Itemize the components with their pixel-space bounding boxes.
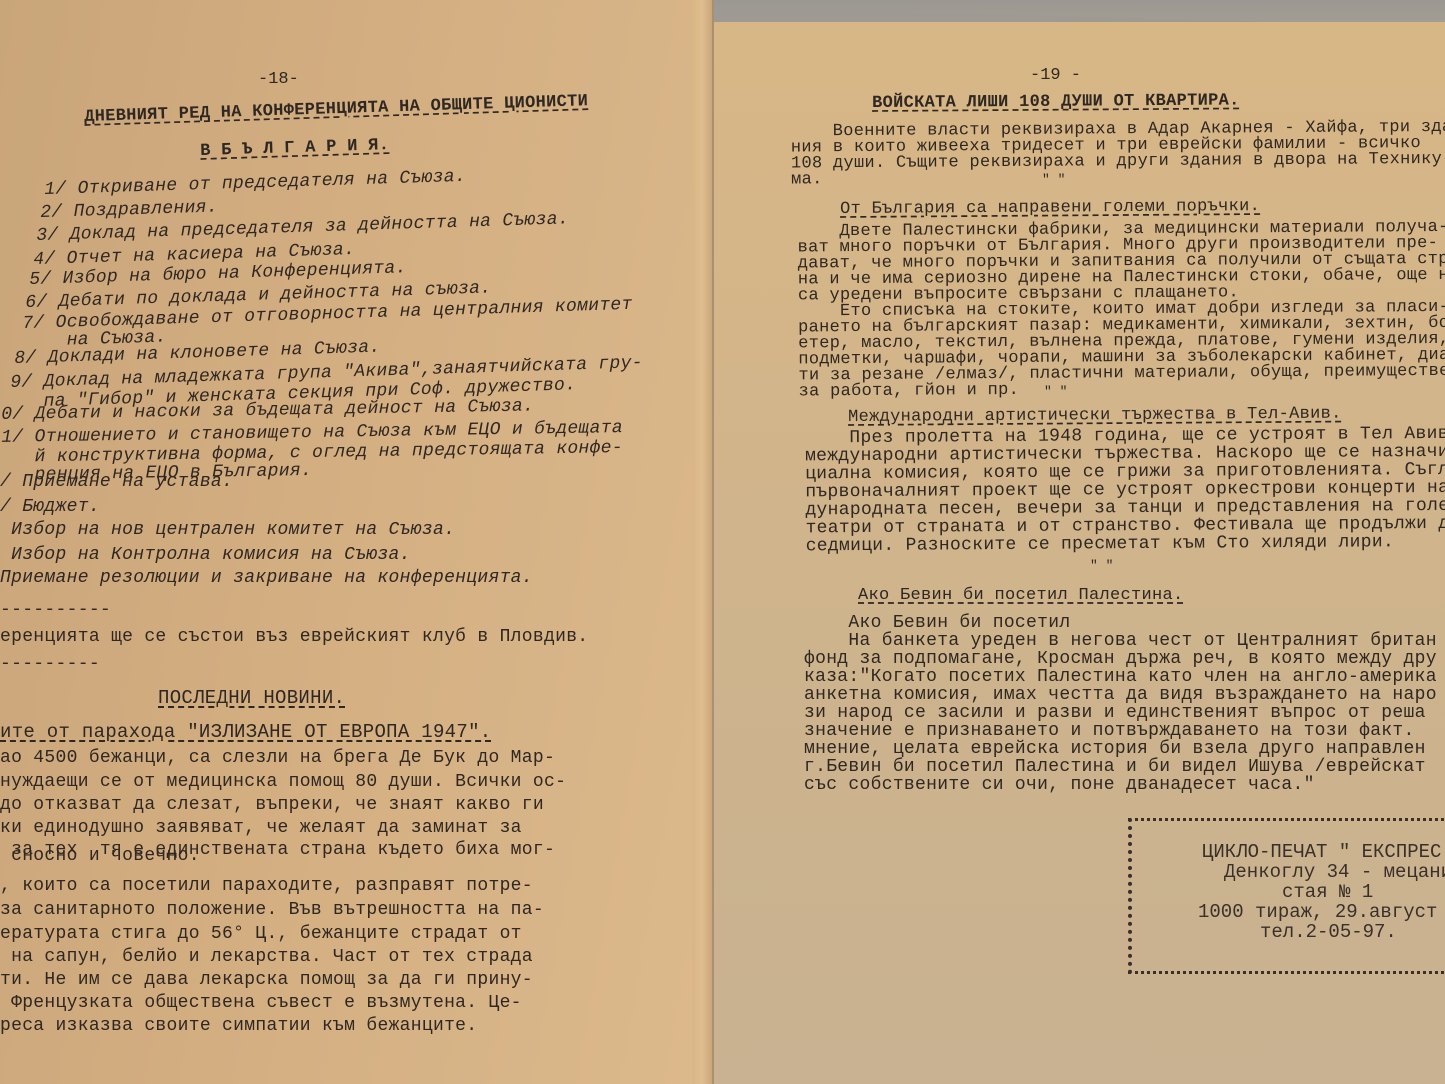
agenda-item: 1/ Откриване от председателя на Съюза. — [44, 167, 466, 200]
agenda-item: Избор на Контролна комисия на Съюза. — [0, 545, 411, 565]
separator-marks: " " — [1042, 172, 1065, 187]
text-line: анкетна комисия, имах честта да видя въз… — [804, 686, 1437, 704]
text-line: г.Бевин би посетил Палестина и би видел … — [804, 758, 1426, 776]
left-page: -18- ДНЕВНИЯТ РЕД НА КОНФЕРЕНЦИЯТА НА ОБ… — [0, 0, 692, 1084]
text-line: ти. Не им се дава лекарска помощ за да г… — [0, 970, 533, 990]
page-gutter — [692, 0, 712, 1084]
text-line: седмици. Разноските се пресметат към Сто… — [806, 533, 1395, 555]
agenda-item: / Приемане на устава. — [0, 472, 233, 492]
text-line: На банкета уреден в негова чест от Центр… — [804, 632, 1437, 650]
agenda-title-line2: В Б Ъ Л Г А Р И Я. — [200, 136, 390, 162]
text-line: ао 4500 бежанци, са слезли на брега Де Б… — [0, 748, 555, 768]
text-line: зи народ се засили и разви и единствения… — [804, 704, 1426, 722]
separator-marks: " " — [1090, 558, 1113, 573]
separator-marks: " " — [1044, 384, 1067, 399]
text-line: нуждаещи се от медицинска помощ 80 души.… — [0, 772, 566, 792]
text-line: 108 души. Същите реквизираха и други зда… — [791, 151, 1445, 173]
text-line: за работа, гйон и пр. — [799, 382, 1020, 401]
text-line: , които са посетили параходите, разправя… — [0, 876, 533, 896]
text-line: Френцузката обществена съвест е възмутен… — [0, 993, 522, 1013]
text-line: значение е признаването и потвърждаванет… — [804, 722, 1415, 740]
venue-text: еренцията ще се състои въз еврейският кл… — [0, 627, 588, 647]
article-heading: От България са направени големи поръчки. — [840, 197, 1260, 220]
text-line: ературата стига до 56° Ц., бежанците стр… — [0, 924, 522, 944]
imprint-line: тел.2-05-97. — [1260, 921, 1397, 943]
imprint-line: Денкоглу 34 - мецани — [1224, 861, 1445, 883]
divider: ---------- — [0, 600, 111, 620]
agenda-item: Приемане резолюции и закриване на конфер… — [0, 568, 533, 588]
text-line: на сапун, белйо и лекарства. Част от тех… — [0, 947, 533, 967]
text-line: реса изказва своите симпатии към бежанци… — [0, 1016, 477, 1036]
agenda-item: 2/ Поздравления. — [40, 197, 218, 223]
page-number-left: -18- — [258, 70, 299, 89]
text-line: мнение, целата еврейска история би взела… — [804, 740, 1426, 758]
text-line: каза:"Когато посетих Палестина като член… — [804, 668, 1437, 686]
imprint-line: ЦИКЛО-ПЕЧАТ " ЕКСПРЕС " — [1202, 841, 1445, 863]
text-line: ма. — [791, 171, 823, 188]
text-line: Ако Бевин би посетил — [804, 614, 1070, 632]
text-line: сносно и човечно. — [0, 846, 200, 866]
agenda-item: / Бюджет. — [0, 497, 100, 517]
imprint-line: 1000 тираж, 29.август — [1198, 901, 1437, 923]
agenda-item: Избор на нов централен комитет на Съюза. — [0, 520, 455, 540]
text-line: ки единодушно заявяват, че желаят да зам… — [0, 818, 522, 838]
imprint-line: стая № 1 — [1282, 881, 1373, 903]
text-line: до отказват да слезат, въпреки, че знаят… — [0, 795, 544, 815]
text-line: за санитарното положение. Във вътрешност… — [0, 900, 544, 920]
text-line: със собствените си очи, поне дванадесет … — [804, 776, 1315, 794]
text-line: фонд за подпомагане, Кросман държа реч, … — [804, 650, 1437, 668]
printer-imprint-stamp: ЦИКЛО-ПЕЧАТ " ЕКСПРЕС " Денкоглу 34 - ме… — [1128, 818, 1445, 974]
news-heading: ПОСЛЕДНИ НОВИНИ. — [158, 688, 345, 708]
divider: --------- — [0, 654, 100, 674]
article-heading: Ако Бевин би посетил Палестина. — [858, 586, 1184, 606]
page-number-right: -19 - — [1030, 66, 1081, 85]
article-heading: ВОЙСКАТА ЛИШИ 108 ДУШИ ОТ КВАРТИРА. — [872, 91, 1240, 114]
news-subheading: ите от парахода "ИЗЛИЗАНЕ ОТ ЕВРОПА 1947… — [0, 722, 491, 742]
agenda-title-line1: ДНЕВНИЯТ РЕД НА КОНФЕРЕНЦИЯТА НА ОБЩИТЕ … — [84, 92, 588, 128]
